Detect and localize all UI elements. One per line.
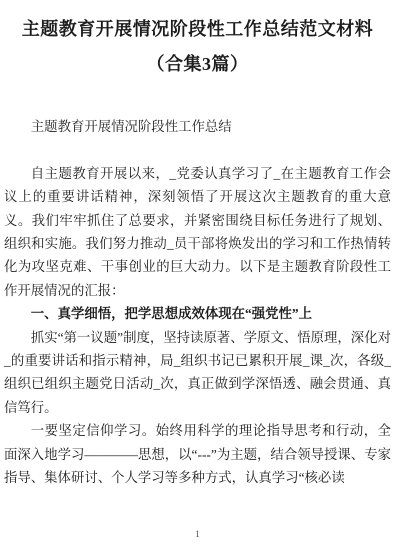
numbered-section-title: 一、真学细悟，把学思想成效体现在“强党性”上 <box>4 302 391 325</box>
document-title-line-2: （合集3篇） <box>0 47 395 82</box>
section-heading: 主题教育开展情况阶段性工作总结 <box>4 115 391 138</box>
document-page: 主题教育开展情况阶段性工作总结范文材料 （合集3篇） 主题教育开展情况阶段性工作… <box>0 0 395 550</box>
document-title-line-1: 主题教育开展情况阶段性工作总结范文材料 <box>0 12 395 47</box>
document-body: 主题教育开展情况阶段性工作总结 自主题教育开展以来，_党委认真学习了_在主题教育… <box>0 115 395 489</box>
paragraph: 一要坚定信仰学习。始终用科学的理论指导思考和行动，全面深入地学习————思想，以… <box>4 419 391 489</box>
paragraph: 自主题教育开展以来，_党委认真学习了_在主题教育工作会议上的重要讲话精神，深刻领… <box>4 162 391 302</box>
page-number: 1 <box>0 529 395 539</box>
paragraph: 抓实“第一议题”制度，坚持读原著、学原文、悟原理，深化对_的重要讲话和指示精神，… <box>4 326 391 420</box>
document-title: 主题教育开展情况阶段性工作总结范文材料 （合集3篇） <box>0 0 395 82</box>
